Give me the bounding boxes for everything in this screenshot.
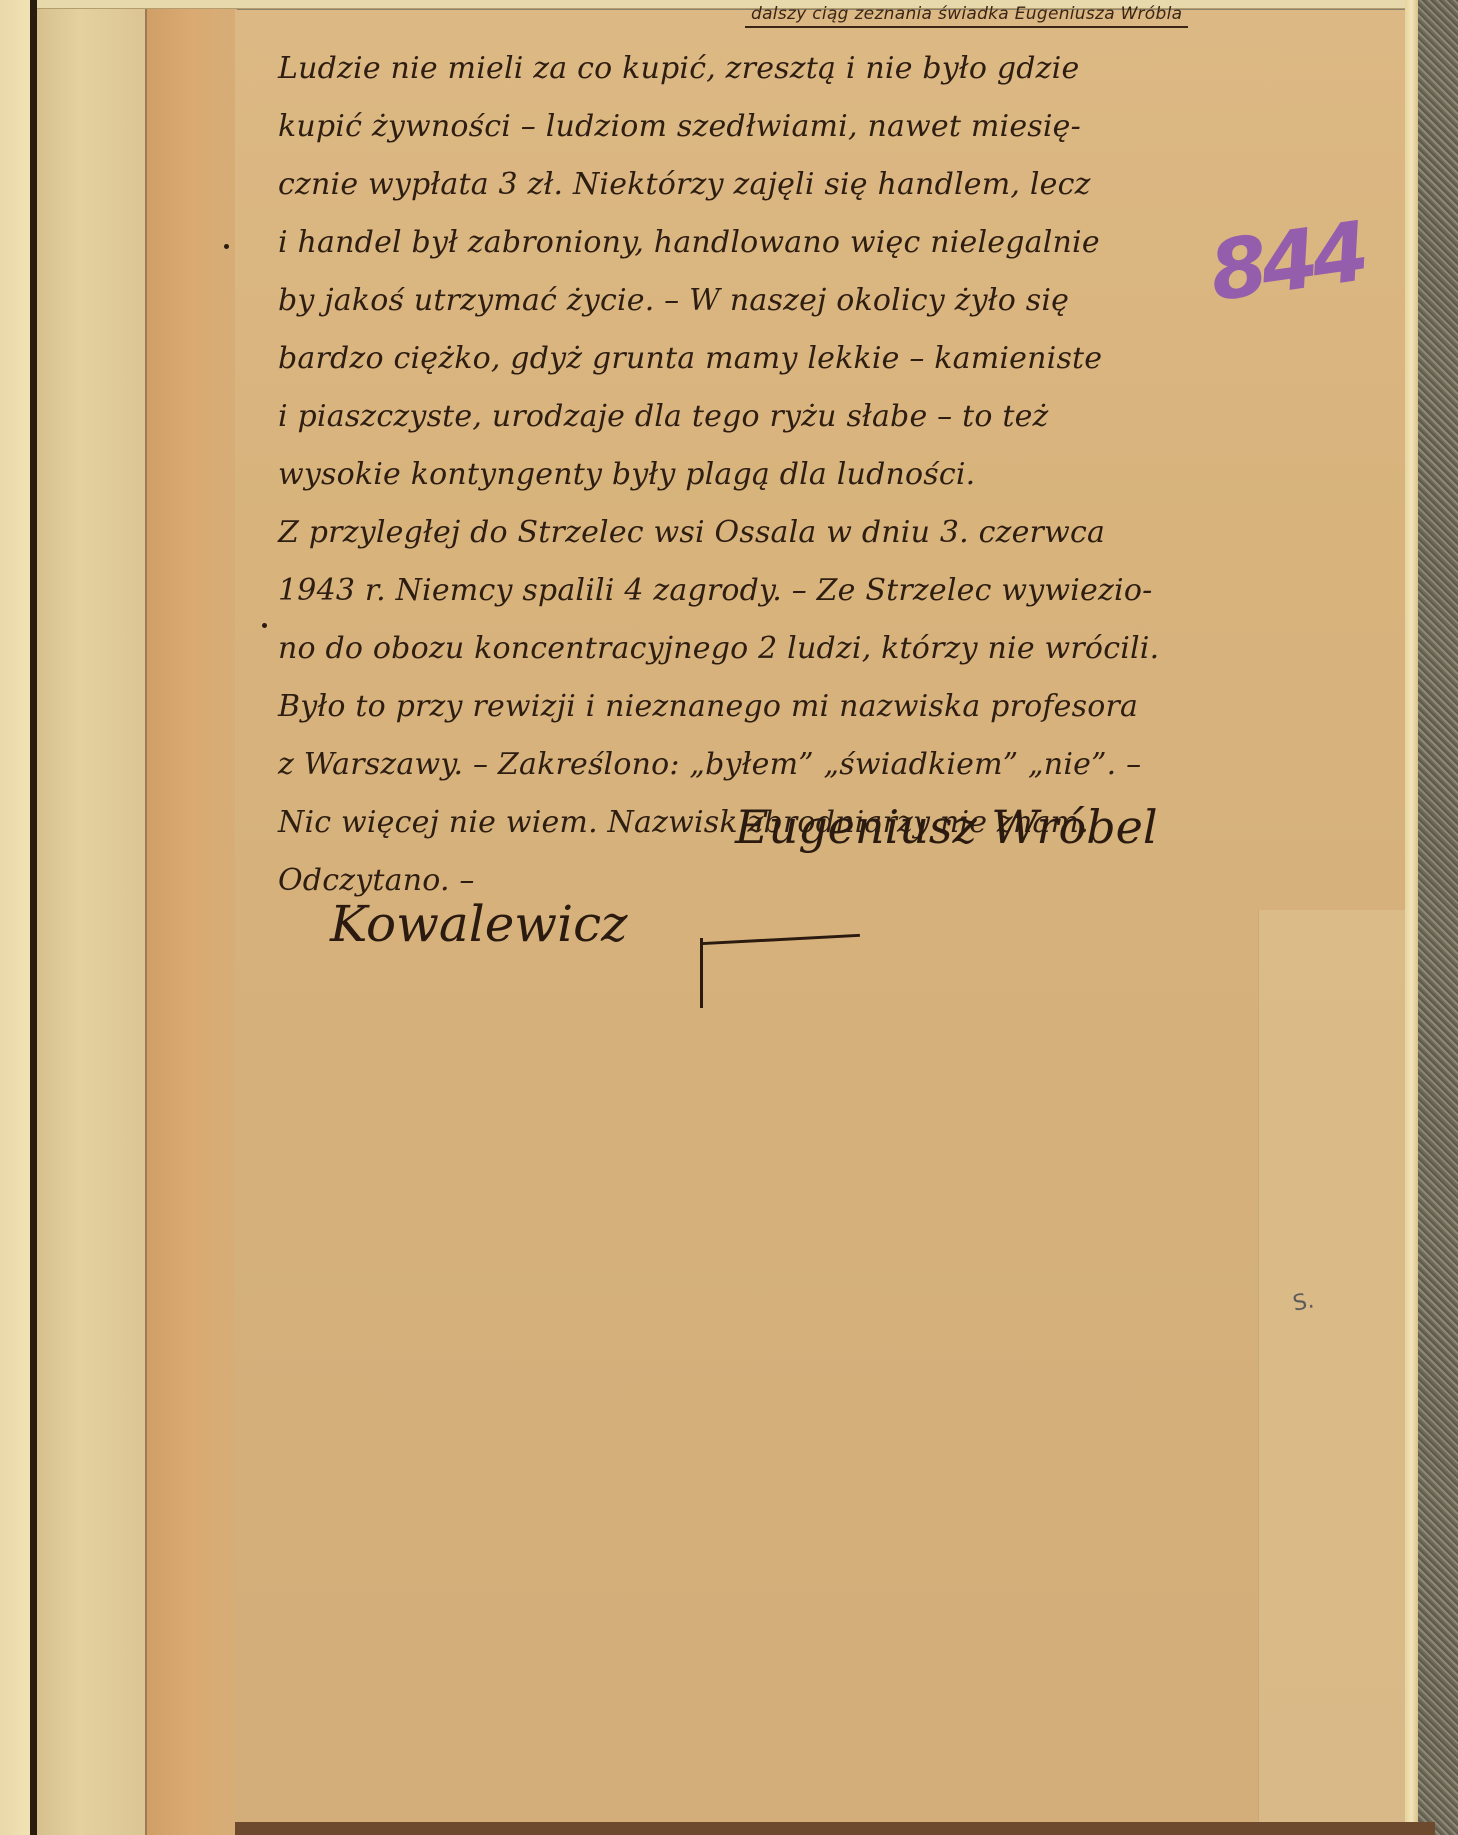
cloth-cover bbox=[1418, 0, 1458, 1835]
page-bottom-edge bbox=[235, 1822, 1435, 1835]
text-line: Z przyległej do Strzelec wsi Ossala w dn… bbox=[278, 504, 1398, 562]
text-line: Było to przy rewizji i nieznanego mi naz… bbox=[278, 678, 1398, 736]
margin-mark bbox=[262, 623, 267, 628]
text-line: z Warszawy. – Zakreślono: „byłem” „świad… bbox=[278, 736, 1398, 794]
text-line: cznie wypłata 3 zł. Niektórzy zajęli się… bbox=[278, 156, 1398, 214]
text-line: bardzo ciężko, gdyż grunta mamy lekkie –… bbox=[278, 330, 1398, 388]
text-line: wysokie kontyngenty były plagą dla ludno… bbox=[278, 446, 1398, 504]
witness-signature: Eugeniusz Wróbel bbox=[735, 800, 1158, 854]
text-line: kupić żywności – ludziom szedłwiami, naw… bbox=[278, 98, 1398, 156]
handwritten-text: Ludzie nie mieli za co kupić, zresztą i … bbox=[278, 40, 1398, 910]
paper-patch bbox=[1258, 910, 1406, 1825]
text-line: 1943 r. Niemcy spalili 4 zagrody. – Ze S… bbox=[278, 562, 1398, 620]
pencil-mark: S. bbox=[1291, 1288, 1316, 1316]
signature-flourish-tail bbox=[700, 938, 703, 1008]
page-top-edge bbox=[37, 0, 1427, 9]
header-note: dalszy ciąg zeznania świadka Eugeniusza … bbox=[745, 4, 1188, 28]
official-signature: Kowalewicz bbox=[330, 895, 627, 953]
page-stack-edge bbox=[1405, 0, 1418, 1835]
margin-mark bbox=[224, 244, 229, 249]
book-spine-line bbox=[30, 0, 37, 1835]
text-line: i piaszczyste, urodzaje dla tego ryżu sł… bbox=[278, 388, 1398, 446]
text-line: no do obozu koncentracyjnego 2 ludzi, kt… bbox=[278, 620, 1398, 678]
binding-strip bbox=[37, 8, 145, 1835]
binding-strip-inner bbox=[145, 8, 237, 1835]
text-line: Ludzie nie mieli za co kupić, zresztą i … bbox=[278, 40, 1398, 98]
